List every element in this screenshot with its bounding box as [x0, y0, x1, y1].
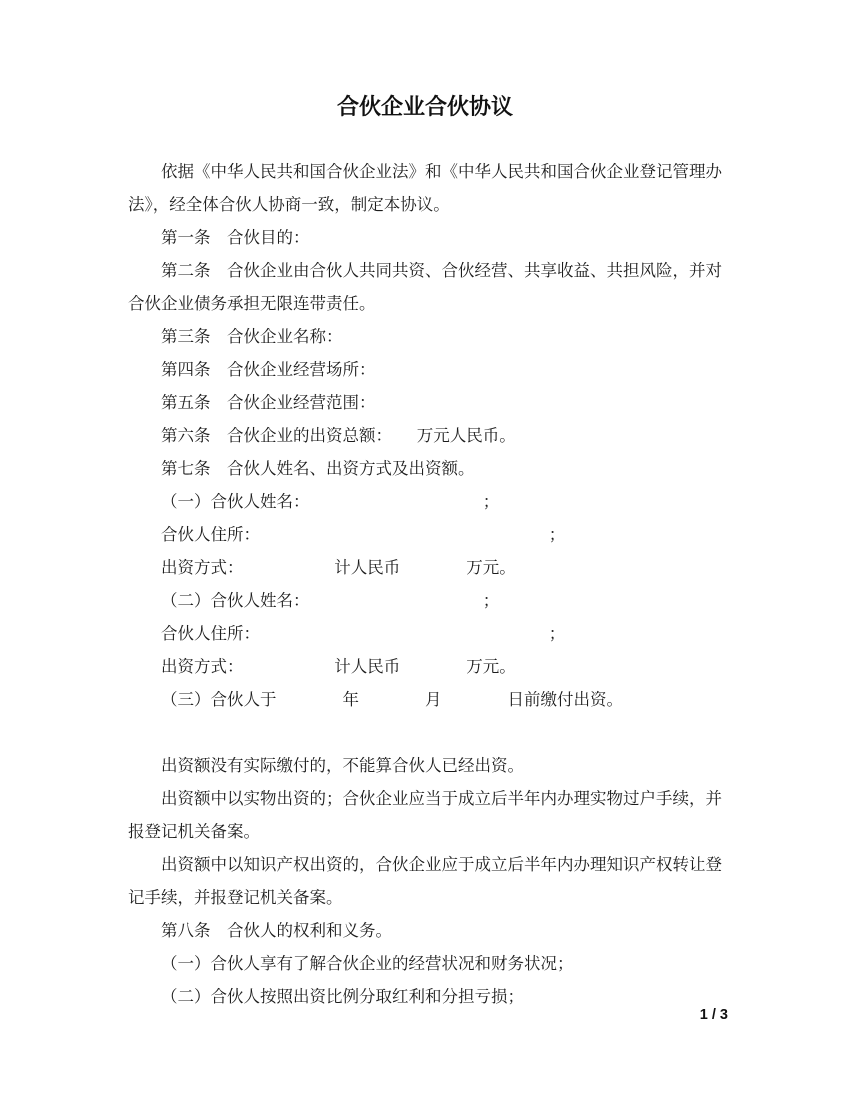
document-line: （二）合伙人按照出资比例分取红利和分担亏损；: [128, 980, 728, 1013]
document-line: （三）合伙人于 年 月 日前缴付出资。: [128, 683, 728, 716]
document-line: 合伙人住所： ；: [128, 617, 728, 650]
document-line: 出资方式： 计人民币 万元。: [128, 650, 728, 683]
document-line: 出资额中以知识产权出资的，合伙企业应于成立后半年内办理知识产权转让登: [128, 848, 728, 881]
document-page: 合伙企业合伙协议 依据《中华人民共和国合伙企业法》和《中华人民共和国合伙企业登记…: [0, 0, 850, 1100]
document-line: 法》，经全体合伙人协商一致，制定本协议。: [128, 188, 728, 221]
document-line: 第一条 合伙目的：: [128, 221, 728, 254]
document-line: 第四条 合伙企业经营场所：: [128, 353, 728, 386]
document-line: 第二条 合伙企业由合伙人共同共资、合伙经营、共享收益、共担风险，并对: [128, 254, 728, 287]
document-line: （一）合伙人享有了解合伙企业的经营状况和财务状况；: [128, 947, 728, 980]
page-number: 1 / 3: [700, 1007, 728, 1023]
document-line: 合伙人住所： ；: [128, 518, 728, 551]
document-line: 第六条 合伙企业的出资总额： 万元人民币。: [128, 419, 728, 452]
document-line: 第三条 合伙企业名称：: [128, 320, 728, 353]
document-line: （一）合伙人姓名： ；: [128, 485, 728, 518]
document-line: 依据《中华人民共和国合伙企业法》和《中华人民共和国合伙企业登记管理办: [128, 155, 728, 188]
document-line: （二）合伙人姓名： ；: [128, 584, 728, 617]
document-title: 合伙企业合伙协议: [0, 90, 850, 123]
document-line: 第七条 合伙人姓名、出资方式及出资额。: [128, 452, 728, 485]
document-line: 记手续，并报登记机关备案。: [128, 881, 728, 914]
document-line: 出资方式： 计人民币 万元。: [128, 551, 728, 584]
document-line: [128, 716, 728, 749]
document-line: 第五条 合伙企业经营范围：: [128, 386, 728, 419]
document-line: 第八条 合伙人的权利和义务。: [128, 914, 728, 947]
document-line: 合伙企业债务承担无限连带责任。: [128, 287, 728, 320]
document-body: 依据《中华人民共和国合伙企业法》和《中华人民共和国合伙企业登记管理办法》，经全体…: [128, 155, 728, 1013]
document-line: 出资额没有实际缴付的，不能算合伙人已经出资。: [128, 749, 728, 782]
document-line: 报登记机关备案。: [128, 815, 728, 848]
document-line: 出资额中以实物出资的；合伙企业应当于成立后半年内办理实物过户手续，并: [128, 782, 728, 815]
